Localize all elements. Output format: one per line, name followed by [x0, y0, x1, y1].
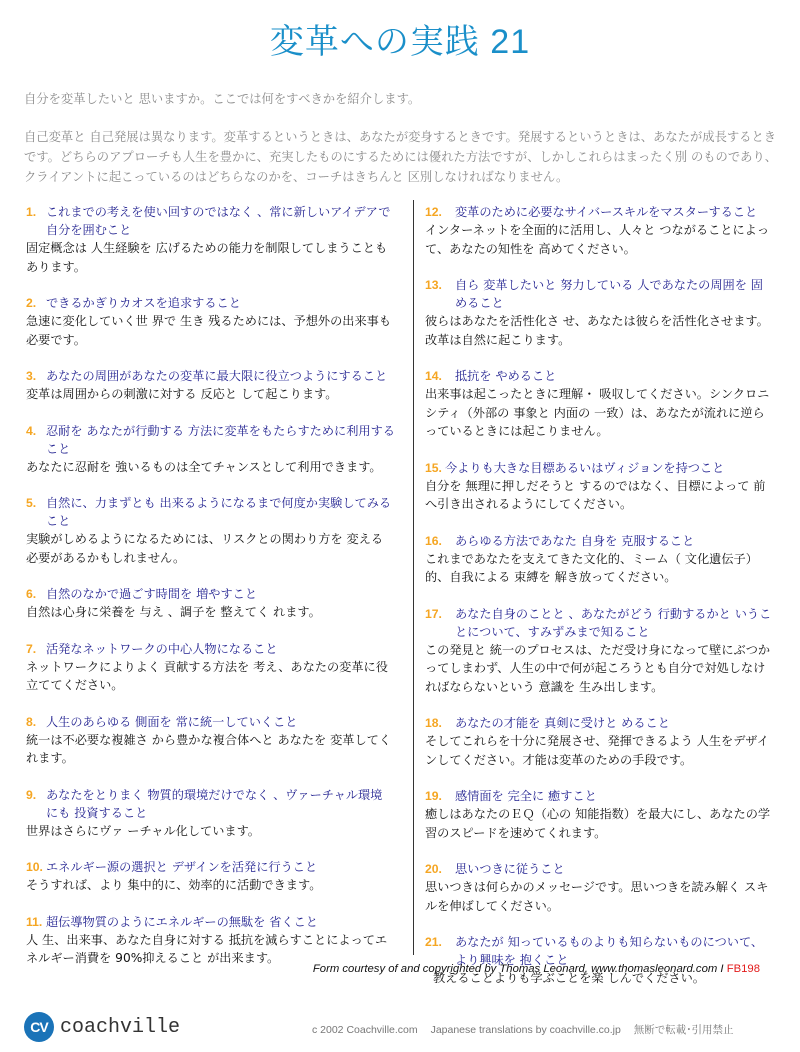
item-body: 急速に変化していく世 界で 生き 残るためには、予想外の出来事も 必要です。 — [26, 312, 398, 349]
list-item: 18.あなたの才能を 真剣に受けと めること そしてこれらを十分に発展させ、発揮… — [425, 714, 775, 769]
item-heading: 超伝導物質のようにエネルギーの無駄を 省くこと — [46, 913, 398, 931]
item-heading: あらゆる方法であなた 自身を 克服すること — [455, 532, 775, 550]
item-heading: あなたの才能を 真剣に受けと めること — [455, 714, 775, 732]
list-item: 13.自ら 変革したいと 努力している 人であなたの周囲を 固めること 彼らはあ… — [425, 276, 775, 349]
item-number: 3. — [26, 367, 46, 385]
item-body: 変革は周囲からの刺激に対する 反応と して起こります。 — [26, 385, 398, 404]
logo-wordmark: coachville — [60, 1016, 180, 1039]
item-number: 16. — [425, 532, 455, 550]
item-heading: あなた自身のことと 、あなたがどう 行動するかと いうことについて、すみずみまで… — [455, 605, 775, 641]
item-heading: 今よりも大きな目標あるいはヴィジョンを持つこと — [445, 459, 775, 477]
item-number: 5. — [26, 494, 46, 530]
item-heading: 自然に、力まずとも 出来るようになるまで何度か実験してみること — [46, 494, 398, 530]
list-item: 16.あらゆる方法であなた 自身を 克服すること これまであなたを支えてきた文化… — [425, 532, 775, 587]
item-number: 4. — [26, 422, 46, 458]
item-body: 自分を 無理に押しだそうと するのではなく、目標によって 前へ引き出されるように… — [425, 477, 775, 514]
item-number: 7. — [26, 640, 46, 658]
list-item: 8.人生のあらゆる 側面を 常に統一していくこと 統一は不必要な複雑さ から豊か… — [26, 713, 398, 768]
list-item: 2.できるかぎりカオスを追求すること 急速に変化していく世 界で 生き 残るため… — [26, 294, 398, 349]
page-title: 変革への実践 21 — [0, 18, 800, 66]
list-item: 1.これまでの考えを使い回すのではなく 、常に新しいアイデアで自分を囲むこと 固… — [26, 203, 398, 276]
item-heading: 感情面を 完全に 癒すこと — [455, 787, 775, 805]
item-body: インターネットを全面的に活用し、人々と つながることによって、あなたの知性を 高… — [425, 221, 775, 258]
item-number: 9. — [26, 786, 46, 822]
item-number: 12. — [425, 203, 455, 221]
item-number: 1. — [26, 203, 46, 239]
item-heading: 変革のために必要なサイバースキルをマスターすること — [455, 203, 775, 221]
cv-logo-icon: CV — [24, 1012, 54, 1042]
item-body: 世界はさらにヴァ ーチャル化しています。 — [26, 822, 398, 841]
list-item: 9.あなたをとりまく 物質的環境だけでなく 、ヴァーチャル環境 にも 投資するこ… — [26, 786, 398, 841]
list-item: 15.今よりも大きな目標あるいはヴィジョンを持つこと 自分を 無理に押しだそうと… — [425, 459, 775, 514]
item-body: そしてこれらを十分に発展させ、発揮できるよう 人生をデザインしてください。才能は… — [425, 732, 775, 769]
item-number: 6. — [26, 585, 46, 603]
footer-copyright: c 2002 Coachville.com — [312, 1024, 418, 1036]
intro-paragraph: 自己変革と 自己発展は異なります。変革するというときは、あなたが変身するときです… — [24, 127, 780, 187]
item-body: そうすれば、より 集中的に、効率的に活動できます。 — [26, 876, 398, 895]
item-number: 14. — [425, 367, 455, 385]
list-item: 19.感情面を 完全に 癒すこと 癒しはあなたのＥＱ（心の 知能指数）を最大にし… — [425, 787, 775, 842]
item-heading: 忍耐を あなたが行動する 方法に変革をもたらすために利用すること — [46, 422, 398, 458]
item-body: 彼らはあなたを活性化さ せ、あなたは彼らを活性化させます。改革は自然に起こります… — [425, 312, 775, 349]
footer-notice: 無断で転載･引用禁止 — [634, 1024, 734, 1036]
item-heading: 自然のなかで過ごす時間を 増やすこと — [46, 585, 398, 603]
item-body: この発見と 統一のプロセスは、ただ受け身になって壁にぶつかってしまわず、人生の中… — [425, 641, 775, 697]
list-item: 17.あなた自身のことと 、あなたがどう 行動するかと いうことについて、すみず… — [425, 605, 775, 697]
copyright-credit: Form courtesy of and copyrighted by Thom… — [313, 963, 760, 975]
item-number: 15. — [425, 459, 445, 477]
item-heading: あなたをとりまく 物質的環境だけでなく 、ヴァーチャル環境 にも 投資すること — [46, 786, 398, 822]
item-number: 10. — [26, 858, 46, 876]
item-body: 出来事は起こったときに理解・ 吸収してください。シンクロニシティ（外部の 事象と… — [425, 385, 775, 441]
item-heading: あなたの周囲があなたの変革に最大限に役立つようにすること — [46, 367, 398, 385]
left-column: 1.これまでの考えを使い回すのではなく 、常に新しいアイデアで自分を囲むこと 固… — [26, 203, 398, 968]
item-body: 思いつきは何らかのメッセージです。思いつきを読み解く スキルを伸ばしてください。 — [425, 878, 775, 915]
item-heading: 思いつきに従うこと — [455, 860, 775, 878]
form-code: FB198 — [727, 963, 760, 975]
list-item: 4.忍耐を あなたが行動する 方法に変革をもたらすために利用すること あなたに忍… — [26, 422, 398, 477]
list-item: 20.思いつきに従うこと 思いつきは何らかのメッセージです。思いつきを読み解く … — [425, 860, 775, 915]
item-number: 18. — [425, 714, 455, 732]
credit-text: Form courtesy of and copyrighted by Thom… — [313, 963, 727, 975]
item-number: 8. — [26, 713, 46, 731]
item-number: 13. — [425, 276, 455, 312]
right-column: 12.変革のために必要なサイバースキルをマスターすること インターネットを全面的… — [425, 203, 775, 988]
list-item: 11.超伝導物質のようにエネルギーの無駄を 省くこと 人 生、出来事、あなた自身… — [26, 913, 398, 968]
item-body: ネットワークによりよく 貢献する方法を 考え、あなたの変革に役立ててください。 — [26, 658, 398, 695]
column-divider — [413, 200, 414, 955]
list-item: 7.活発なネットワークの中心人物になること ネットワークによりよく 貢献する方法… — [26, 640, 398, 695]
item-number: 11. — [26, 913, 46, 931]
item-body: 実験がしめるようになるためには、リスクとの関わり方を 変える 必要があるかもしれ… — [26, 530, 398, 567]
item-heading: 人生のあらゆる 側面を 常に統一していくこと — [46, 713, 398, 731]
list-item: 3.あなたの周囲があなたの変革に最大限に役立つようにすること 変革は周囲からの刺… — [26, 367, 398, 404]
item-body: これまであなたを支えてきた文化的、ミーム（ 文化遺伝子）的、自我による 束縛を … — [425, 550, 775, 587]
item-heading: 抵抗を やめること — [455, 367, 775, 385]
item-number: 17. — [425, 605, 455, 641]
item-body: 人 生、出来事、あなた自身に対する 抵抗を減らすことによってエネルギー消費を 9… — [26, 931, 398, 968]
item-number: 2. — [26, 294, 46, 312]
item-heading: 活発なネットワークの中心人物になること — [46, 640, 398, 658]
list-item: 12.変革のために必要なサイバースキルをマスターすること インターネットを全面的… — [425, 203, 775, 258]
item-heading: 自ら 変革したいと 努力している 人であなたの周囲を 固めること — [455, 276, 775, 312]
list-item: 14.抵抗を やめること 出来事は起こったときに理解・ 吸収してください。シンク… — [425, 367, 775, 441]
item-number: 20. — [425, 860, 455, 878]
footer-translation: Japanese translations by coachville.co.j… — [431, 1024, 621, 1036]
footer: c 2002 Coachville.com Japanese translati… — [312, 1022, 744, 1037]
item-heading: できるかぎりカオスを追求すること — [46, 294, 398, 312]
item-heading: エネルギー源の選択と デザインを活発に行うこと — [46, 858, 398, 876]
item-body: 固定概念は 人生経験を 広げるための能力を制限してしまうこともあります。 — [26, 239, 398, 276]
item-number: 19. — [425, 787, 455, 805]
item-body: 癒しはあなたのＥＱ（心の 知能指数）を最大にし、あなたの学習のスピードを速めてく… — [425, 805, 775, 842]
coachville-logo: CV coachville — [24, 1012, 180, 1042]
intro-question: 自分を変革したいと 思いますか。ここでは何をすべきかを紹介します。 — [24, 89, 780, 109]
item-body: 自然は心身に栄養を 与え 、調子を 整えてく れます。 — [26, 603, 398, 622]
list-item: 5.自然に、力まずとも 出来るようになるまで何度か実験してみること 実験がしめる… — [26, 494, 398, 567]
item-body: あなたに忍耐を 強いるものは全てチャンスとして利用できます。 — [26, 458, 398, 477]
list-item: 21.あなたが 知っているものよりも知らないものについて、より興味を 抱くこと … — [425, 933, 775, 988]
item-heading: これまでの考えを使い回すのではなく 、常に新しいアイデアで自分を囲むこと — [46, 203, 398, 239]
item-body: 統一は不必要な複雑さ から豊かな複合体へと あなたを 変革してく れます。 — [26, 731, 398, 768]
list-item: 6.自然のなかで過ごす時間を 増やすこと 自然は心身に栄養を 与え 、調子を 整… — [26, 585, 398, 622]
list-item: 10.エネルギー源の選択と デザインを活発に行うこと そうすれば、より 集中的に… — [26, 858, 398, 895]
